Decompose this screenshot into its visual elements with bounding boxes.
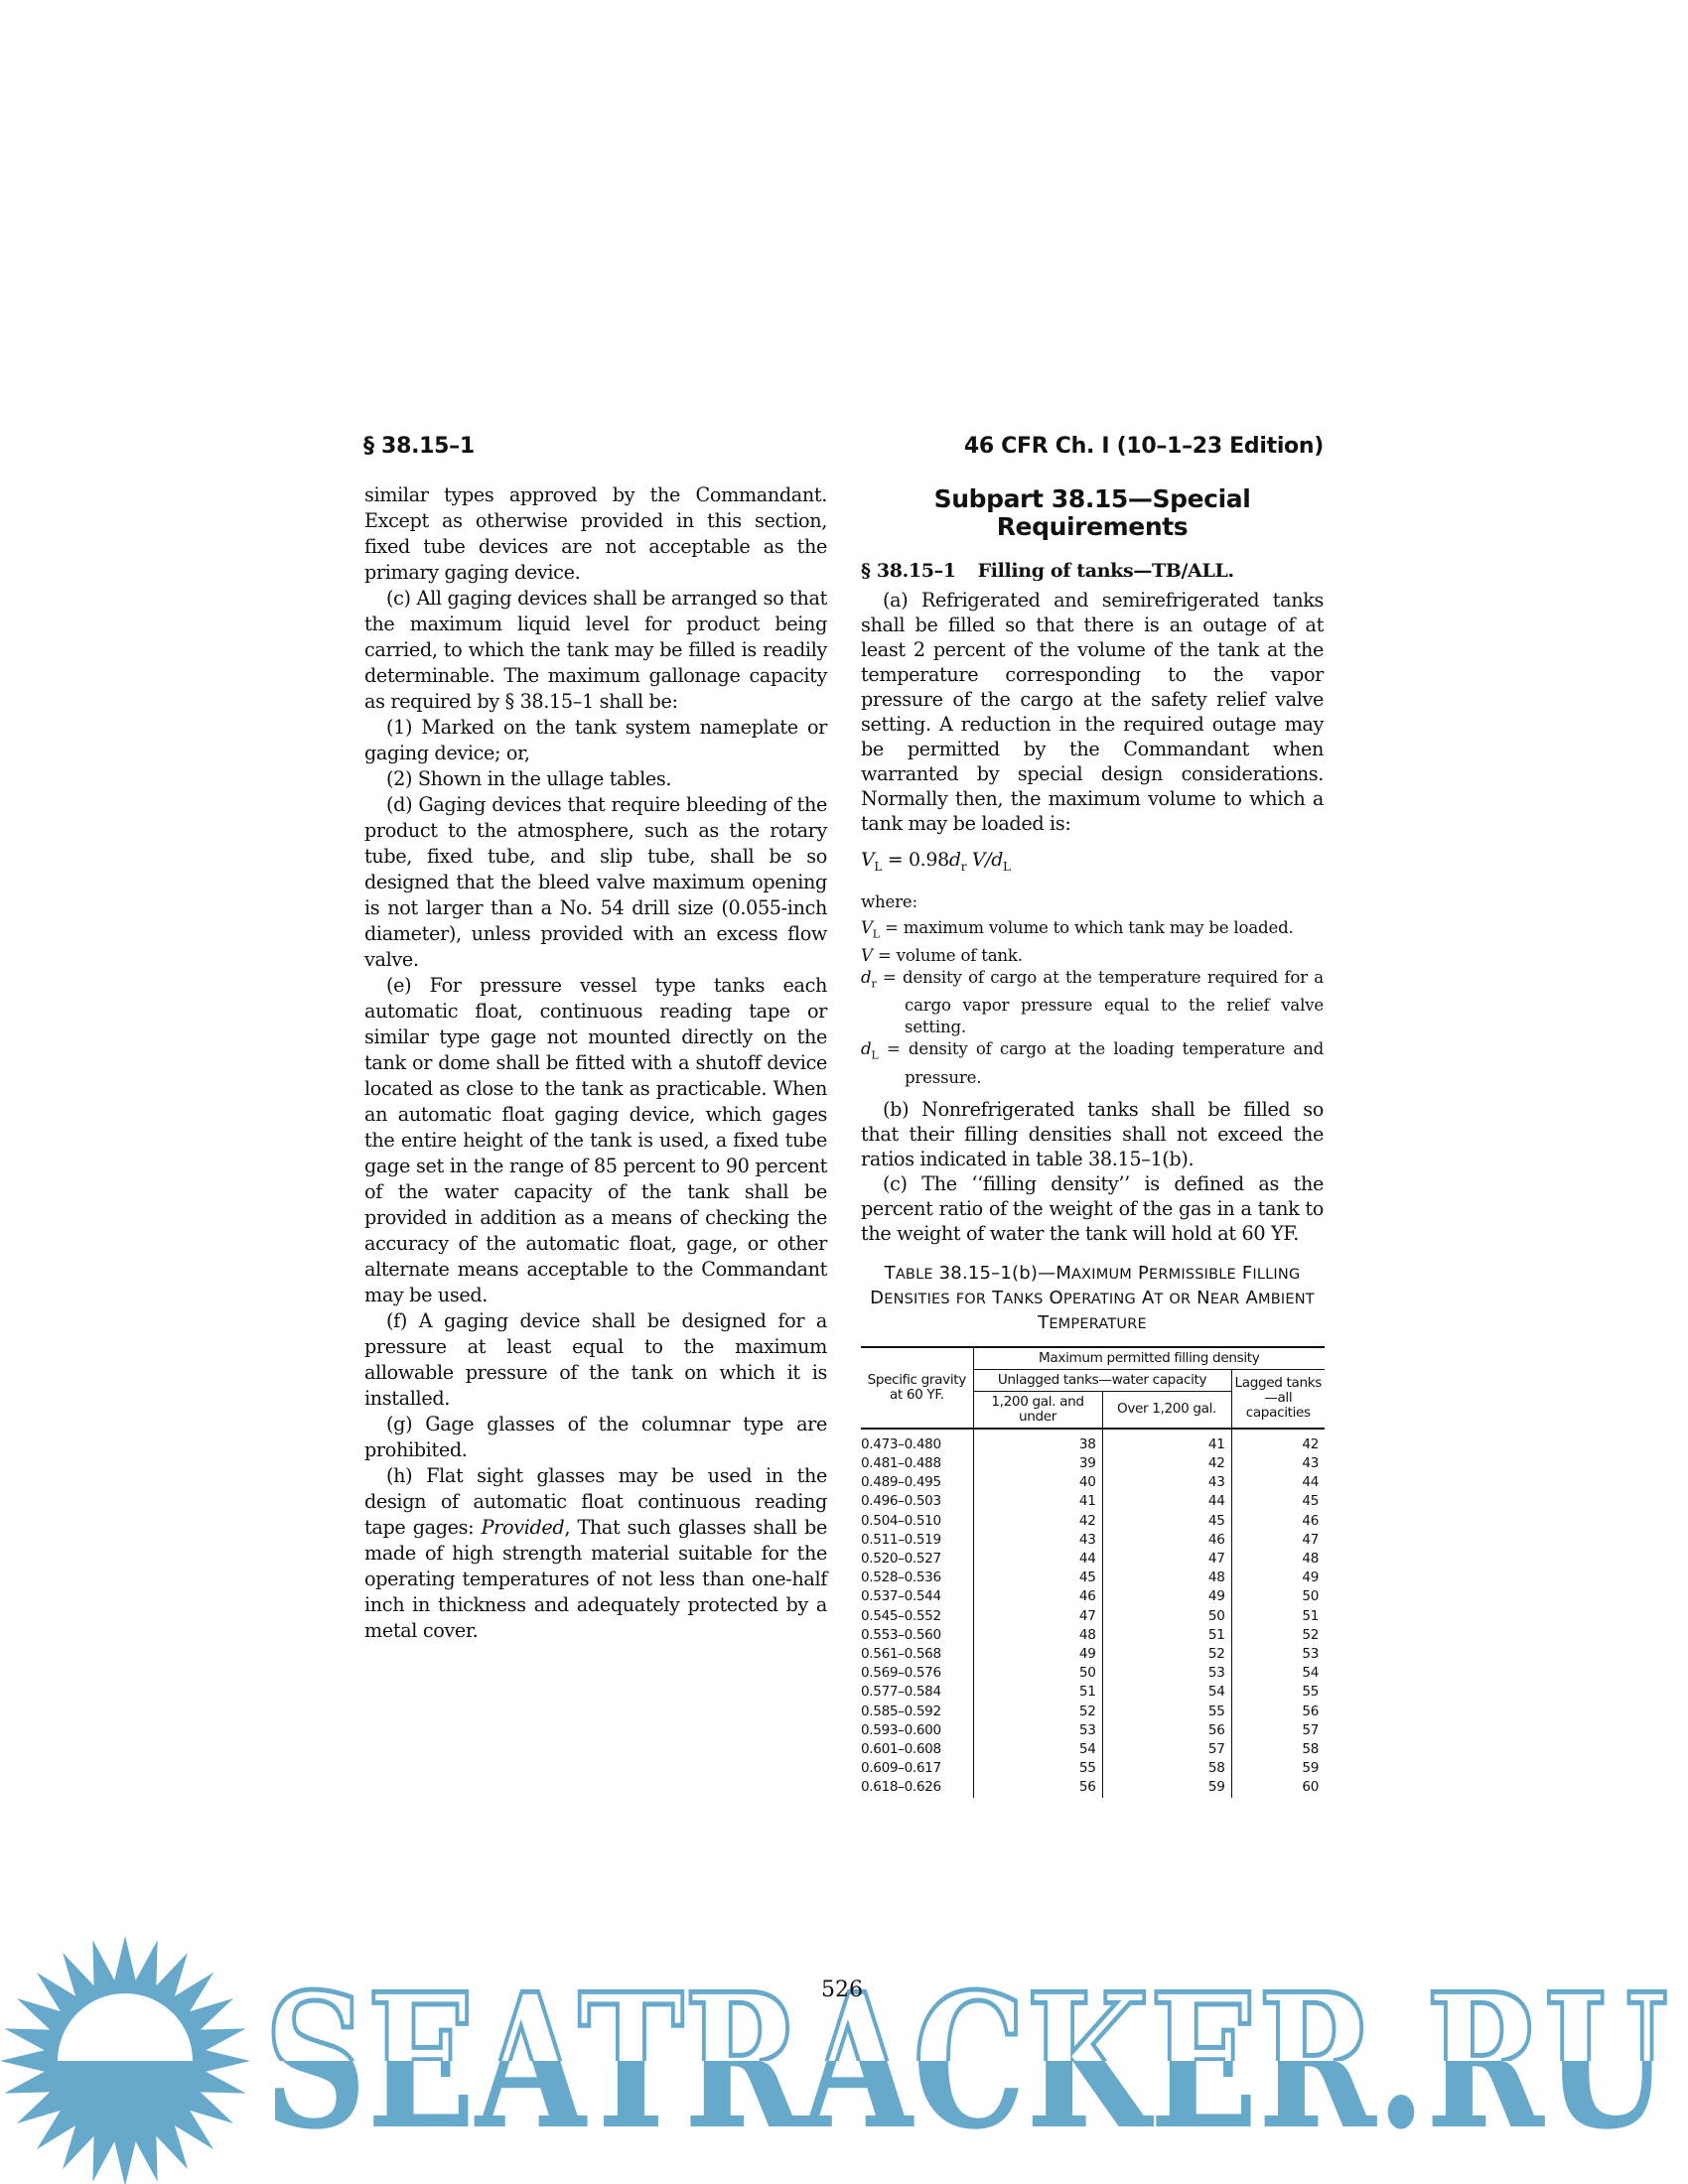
- cell-density: 49: [973, 1645, 1102, 1664]
- cell-specific-gravity: 0.569–0.576: [861, 1664, 973, 1683]
- cell-density: 55: [1231, 1683, 1325, 1702]
- subpart-title-line2: Requirements: [861, 513, 1324, 541]
- cell-density: 45: [1102, 1512, 1231, 1531]
- cell-specific-gravity: 0.473–0.480: [861, 1429, 973, 1454]
- cell-specific-gravity: 0.601–0.608: [861, 1740, 973, 1759]
- table-row: 0.537–0.544464950: [861, 1587, 1325, 1606]
- cell-density: 39: [973, 1454, 1102, 1473]
- cell-density: 49: [1231, 1569, 1325, 1587]
- section-heading: § 38.15–1Filling of tanks—TB/ALL.: [861, 559, 1324, 584]
- header-specific-gravity: Specific gravity at 60 ΥF.: [861, 1347, 973, 1429]
- cell-density: 52: [1231, 1626, 1325, 1645]
- cell-specific-gravity: 0.511–0.519: [861, 1531, 973, 1550]
- table-row: 0.545–0.552475051: [861, 1607, 1325, 1626]
- definition-v: V = volume of tank.: [861, 945, 1324, 967]
- cell-specific-gravity: 0.537–0.544: [861, 1587, 973, 1606]
- table-row: 0.481–0.488394243: [861, 1454, 1325, 1473]
- table-row: 0.528–0.536454849: [861, 1569, 1325, 1587]
- cell-density: 43: [1102, 1473, 1231, 1492]
- table-row: 0.561–0.568495253: [861, 1645, 1325, 1664]
- cell-specific-gravity: 0.577–0.584: [861, 1683, 973, 1702]
- paragraph-continuation: similar types approved by the Commandant…: [364, 482, 827, 586]
- paragraph-c-right: (c) The ‘‘filling density’’ is defined a…: [861, 1171, 1324, 1246]
- paragraph-e: (e) For pressure vessel type tanks each …: [364, 973, 827, 1308]
- table-row: 0.520–0.527444748: [861, 1550, 1325, 1569]
- cell-density: 52: [1102, 1645, 1231, 1664]
- table-row: 0.473–0.480384142: [861, 1429, 1325, 1454]
- watermark-logo-text: SEATRACKER.RU SEATRACKER.RU: [264, 1981, 1674, 2140]
- right-column: Subpart 38.15—Special Requirements § 38.…: [861, 485, 1324, 1798]
- cell-density: 44: [973, 1550, 1102, 1569]
- header-unlagged: Unlagged tanks—water capacity: [973, 1369, 1231, 1391]
- cell-density: 57: [1102, 1740, 1231, 1759]
- running-head-section: § 38.15–1: [363, 434, 475, 459]
- cell-density: 50: [1102, 1607, 1231, 1626]
- cell-density: 51: [973, 1683, 1102, 1702]
- cell-density: 41: [973, 1492, 1102, 1511]
- definitions-list: where: VL = maximum volume to which tank…: [861, 891, 1324, 1089]
- table-row: 0.609–0.617555859: [861, 1759, 1325, 1778]
- cell-specific-gravity: 0.489–0.495: [861, 1473, 973, 1492]
- cell-density: 54: [973, 1740, 1102, 1759]
- table-title: TABLE 38.15–1(b)—MAXIMUM PERMISSIBLE FIL…: [861, 1262, 1324, 1336]
- section-title: Filling of tanks—TB/ALL.: [978, 560, 1234, 582]
- cell-density: 40: [973, 1473, 1102, 1492]
- table-row: 0.601–0.608545758: [861, 1740, 1325, 1759]
- volume-formula: VL = 0.98dr V/dL: [861, 848, 1324, 880]
- cell-specific-gravity: 0.504–0.510: [861, 1512, 973, 1531]
- table-row: 0.593–0.600535657: [861, 1721, 1325, 1740]
- table-row: 0.585–0.592525556: [861, 1703, 1325, 1721]
- running-head-edition: 46 CFR Ch. I (10–1–23 Edition): [964, 434, 1324, 459]
- cell-specific-gravity: 0.553–0.560: [861, 1626, 973, 1645]
- cell-specific-gravity: 0.585–0.592: [861, 1703, 973, 1721]
- cell-specific-gravity: 0.520–0.527: [861, 1550, 973, 1569]
- cell-density: 47: [1231, 1531, 1325, 1550]
- left-column: similar types approved by the Commandant…: [364, 482, 827, 1644]
- table-row: 0.511–0.519434647: [861, 1531, 1325, 1550]
- cell-specific-gravity: 0.496–0.503: [861, 1492, 973, 1511]
- cell-density: 46: [1102, 1531, 1231, 1550]
- paragraph-d: (d) Gaging devices that require bleeding…: [364, 792, 827, 973]
- filling-density-table: Specific gravity at 60 ΥF. Maximum permi…: [861, 1346, 1325, 1798]
- cell-specific-gravity: 0.528–0.536: [861, 1569, 973, 1587]
- cell-density: 48: [973, 1626, 1102, 1645]
- paragraph-c-2: (2) Shown in the ullage tables.: [364, 766, 827, 792]
- cell-density: 51: [1231, 1607, 1325, 1626]
- cell-density: 48: [1231, 1550, 1325, 1569]
- cell-density: 42: [973, 1512, 1102, 1531]
- cell-specific-gravity: 0.609–0.617: [861, 1759, 973, 1778]
- paragraph-c-1: (1) Marked on the tank system nameplate …: [364, 715, 827, 766]
- cell-specific-gravity: 0.561–0.568: [861, 1645, 973, 1664]
- cell-density: 59: [1231, 1759, 1325, 1778]
- cell-density: 47: [1102, 1550, 1231, 1569]
- sun-icon: [0, 1934, 252, 2184]
- paragraph-g: (g) Gage glasses of the columnar type ar…: [364, 1412, 827, 1463]
- cell-density: 52: [973, 1703, 1102, 1721]
- cell-specific-gravity: 0.481–0.488: [861, 1454, 973, 1473]
- cell-density: 44: [1102, 1492, 1231, 1511]
- cell-density: 58: [1231, 1740, 1325, 1759]
- where-label: where:: [861, 891, 1324, 913]
- cell-density: 46: [1231, 1512, 1325, 1531]
- subpart-title: Subpart 38.15—Special Requirements: [861, 485, 1324, 541]
- table-row: 0.577–0.584515455: [861, 1683, 1325, 1702]
- cell-density: 59: [1102, 1778, 1231, 1797]
- header-lagged: Lagged tanks—all capacities: [1231, 1369, 1325, 1429]
- cell-density: 53: [973, 1721, 1102, 1740]
- paragraph-b: (b) Nonrefrigerated tanks shall be fille…: [861, 1097, 1324, 1171]
- cell-density: 42: [1231, 1429, 1325, 1454]
- cell-density: 58: [1102, 1759, 1231, 1778]
- cell-density: 55: [973, 1759, 1102, 1778]
- table-row: 0.618–0.626565960: [861, 1778, 1325, 1797]
- cell-density: 50: [1231, 1587, 1325, 1606]
- cell-density: 56: [1231, 1703, 1325, 1721]
- cell-density: 56: [1102, 1721, 1231, 1740]
- cell-density: 60: [1231, 1778, 1325, 1797]
- cell-density: 43: [973, 1531, 1102, 1550]
- cell-density: 53: [1231, 1645, 1325, 1664]
- section-number: § 38.15–1: [861, 560, 956, 582]
- table-row: 0.496–0.503414445: [861, 1492, 1325, 1511]
- paragraph-h: (h) Flat sight glasses may be used in th…: [364, 1463, 827, 1644]
- cell-density: 41: [1102, 1429, 1231, 1454]
- cell-specific-gravity: 0.545–0.552: [861, 1607, 973, 1626]
- paragraph-a: (a) Refrigerated and semirefrigerated ta…: [861, 588, 1324, 836]
- subpart-title-line1: Subpart 38.15—Special: [861, 485, 1324, 513]
- definition-dl: dL = density of cargo at the loading tem…: [861, 1038, 1324, 1088]
- cell-density: 47: [973, 1607, 1102, 1626]
- cell-density: 56: [973, 1778, 1102, 1797]
- table-row: 0.489–0.495404344: [861, 1473, 1325, 1492]
- cell-specific-gravity: 0.618–0.626: [861, 1778, 973, 1797]
- cell-density: 54: [1102, 1683, 1231, 1702]
- cell-specific-gravity: 0.593–0.600: [861, 1721, 973, 1740]
- provided-italic: Provided: [482, 1516, 565, 1539]
- cell-density: 49: [1102, 1587, 1231, 1606]
- cell-density: 45: [1231, 1492, 1325, 1511]
- cell-density: 51: [1102, 1626, 1231, 1645]
- cell-density: 50: [973, 1664, 1102, 1683]
- cell-density: 44: [1231, 1473, 1325, 1492]
- cell-density: 54: [1231, 1664, 1325, 1683]
- definition-vl: VL = maximum volume to which tank may be…: [861, 917, 1324, 945]
- cell-density: 55: [1102, 1703, 1231, 1721]
- paragraph-c: (c) All gaging devices shall be arranged…: [364, 586, 827, 715]
- cell-density: 42: [1102, 1454, 1231, 1473]
- cell-density: 46: [973, 1587, 1102, 1606]
- cell-density: 53: [1102, 1664, 1231, 1683]
- paragraph-f: (f) A gaging device shall be designed fo…: [364, 1308, 827, 1412]
- header-over-1200: Over 1,200 gal.: [1102, 1391, 1231, 1429]
- table-row: 0.504–0.510424546: [861, 1512, 1325, 1531]
- cell-density: 45: [973, 1569, 1102, 1587]
- cell-density: 38: [973, 1429, 1102, 1454]
- cell-density: 57: [1231, 1721, 1325, 1740]
- header-max-density: Maximum permitted filling density: [973, 1347, 1325, 1370]
- cell-density: 43: [1231, 1454, 1325, 1473]
- table-row: 0.569–0.576505354: [861, 1664, 1325, 1683]
- cell-density: 48: [1102, 1569, 1231, 1587]
- definition-dr: dr = density of cargo at the temperature…: [861, 967, 1324, 1038]
- table-row: 0.553–0.560485152: [861, 1626, 1325, 1645]
- header-under-1200: 1,200 gal. and under: [973, 1391, 1102, 1429]
- page-number: 526: [821, 1978, 863, 2002]
